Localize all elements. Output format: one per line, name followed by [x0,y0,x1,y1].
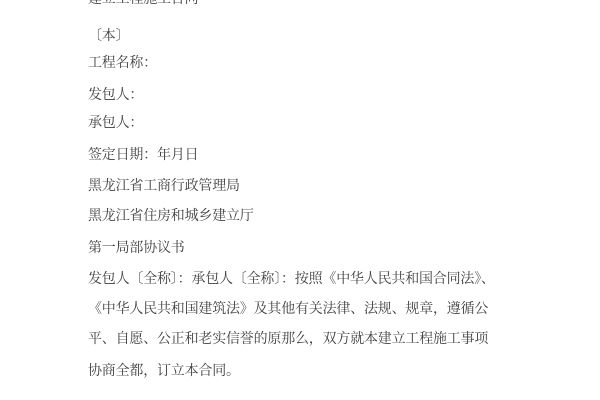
doc-field-project-name: 工程名称： [88,57,157,71]
doc-title-line: 建立工程施工合同 [88,0,198,7]
doc-body-line-4: 协商全都，订立本合同。 [88,365,240,379]
doc-body-line-3: 平、自愿、公正和老实信誉的原那么，双方就本建立工程施工事项 [88,333,488,347]
doc-body-line-2: 《中华人民共和国建筑法》及其他有关法律、法规、规章，遵循公 [88,303,488,317]
doc-field-employer: 发包人： [88,89,143,103]
doc-field-contractor: 承包人： [88,117,143,131]
doc-agency-line-2: 黑龙江省住房和城乡建立厅 [88,210,254,224]
doc-section-heading: 第一局部协议书 [88,242,185,256]
doc-agency-line-1: 黑龙江省工商行政管理局 [88,180,240,194]
document-page: 建立工程施工合同 〔本〕 工程名称： 发包人： 承包人： 签定日期：年月日 黑龙… [0,0,600,400]
doc-field-signing-date: 签定日期：年月日 [88,149,198,163]
doc-body-line-1: 发包人〔全称〕：承包人〔全称〕：按照《中华人民共和国合同法》、 [88,273,495,287]
doc-version-line: 〔本〕 [88,30,129,44]
